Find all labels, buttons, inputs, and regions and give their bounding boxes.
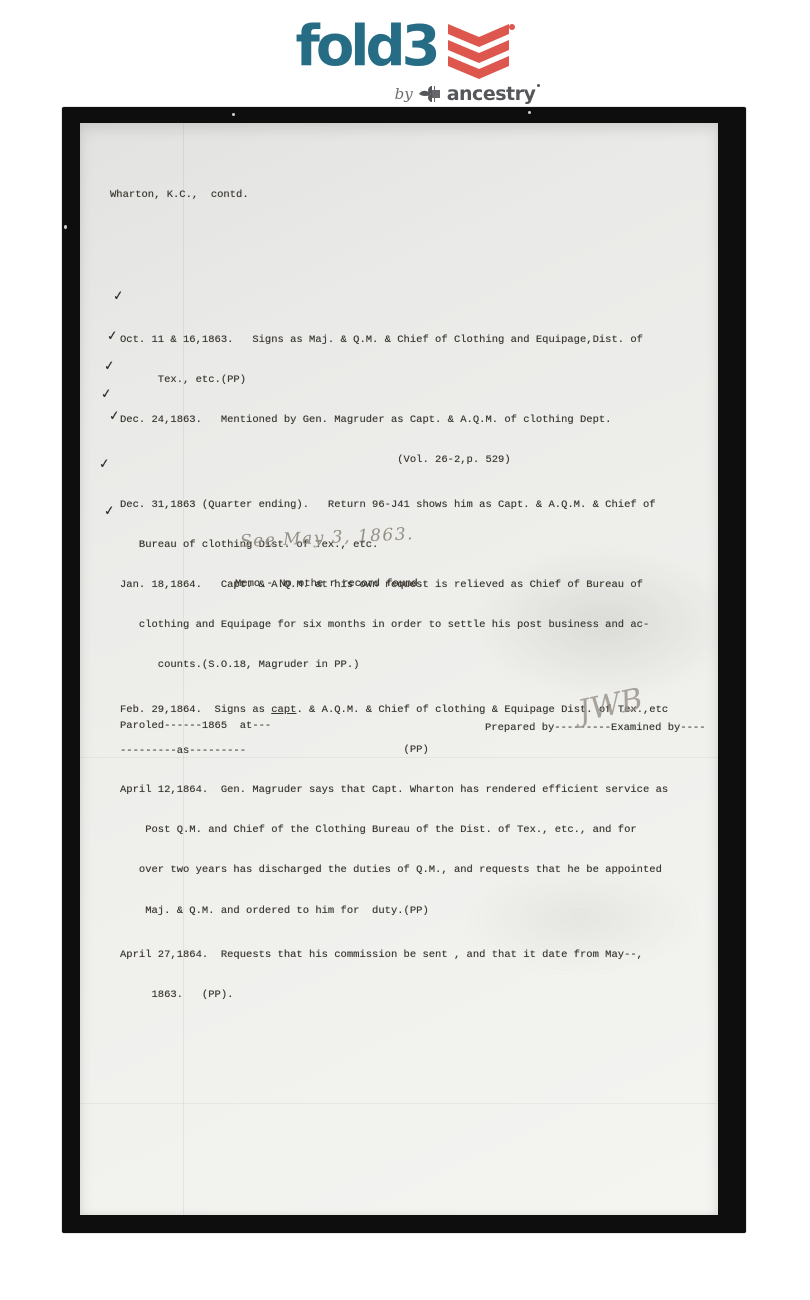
record-entries: Oct. 11 & 16,1863. Signs as Maj. & Q.M. …	[120, 307, 668, 1029]
byline-prefix: by	[395, 85, 413, 103]
entry-line: over two years has discharged the duties…	[120, 864, 668, 877]
document-scan-frame: Wharton, K.C., contd. ✓ ✓ ✓ ✓ ✓ ✓ ✓ Oct.…	[62, 107, 746, 1233]
scan-artifact	[528, 111, 531, 114]
ancestry-leaf-icon	[418, 84, 442, 104]
entry-line: counts.(S.O.18, Magruder in PP.)	[120, 659, 668, 672]
checkmark-annotation: ✓	[98, 456, 110, 472]
checkmark-annotation: ✓	[103, 358, 115, 374]
entry-line: Dec. 24,1863. Mentioned by Gen. Magruder…	[120, 414, 668, 427]
record-title: Wharton, K.C., contd.	[110, 189, 249, 201]
checkmark-annotation: ✓	[108, 408, 120, 424]
byline[interactable]: by ancestry	[395, 83, 536, 105]
entry-line: Oct. 11 & 16,1863. Signs as Maj. & Q.M. …	[120, 334, 668, 347]
entry-line: 1863. (PP).	[120, 989, 668, 1002]
ancestry-wordmark: ancestry	[447, 83, 536, 105]
checkmark-annotation: ✓	[112, 288, 124, 304]
entry-line: April 27,1864. Requests that his commiss…	[120, 949, 668, 962]
paroled-line: Paroled------1865 at---	[120, 720, 271, 732]
fold3-logo[interactable]: fold3	[295, 20, 514, 79]
checkmark-annotation: ✓	[100, 386, 112, 402]
checkmark-annotation: ✓	[106, 328, 118, 344]
entry-line: Post Q.M. and Chief of the Clothing Bure…	[120, 824, 668, 837]
entry-line: Tex., etc.(PP)	[120, 374, 668, 387]
entry-feb-underlined: capt	[271, 704, 296, 716]
memo-line: Memo.- No othe r record found.	[235, 578, 424, 590]
entry-line: April 12,1864. Gen. Magruder says that C…	[120, 784, 668, 797]
brand-header: fold3 by ancestry	[0, 20, 810, 105]
checkmark-annotation: ✓	[103, 503, 115, 519]
entry-line: (Vol. 26-2,p. 529)	[120, 454, 668, 467]
paper-crease	[80, 1103, 718, 1104]
fold3-chevrons-icon	[447, 23, 515, 79]
scan-artifact	[64, 225, 67, 229]
document-page: Wharton, K.C., contd. ✓ ✓ ✓ ✓ ✓ ✓ ✓ Oct.…	[80, 123, 718, 1215]
dashes-line: ---------as---------	[120, 745, 246, 757]
entry-line: Dec. 31,1863 (Quarter ending). Return 96…	[120, 499, 668, 512]
entry-feb-prefix: Feb. 29,1864. Signs as	[120, 704, 271, 716]
fold3-wordmark: fold3	[295, 20, 436, 74]
entry-line: clothing and Equipage for six months in …	[120, 619, 668, 632]
entry-line: Maj. & Q.M. and ordered to him for duty.…	[120, 905, 668, 918]
scan-artifact	[232, 113, 235, 116]
